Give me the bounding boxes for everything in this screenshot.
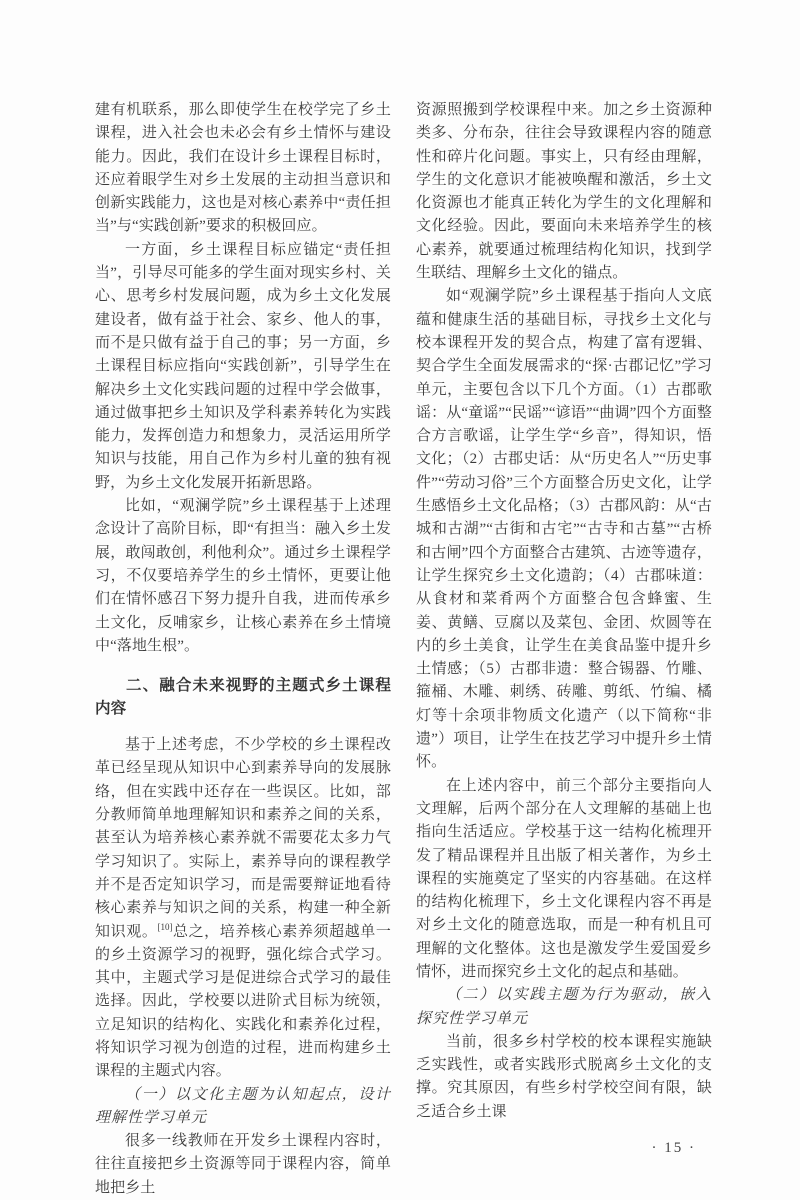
- document-page: 建有机联系，那么即使学生在校学完了乡土课程，进入社会也未必会有乡土情怀与建设能力…: [95, 99, 712, 1077]
- two-column-layout: 建有机联系，那么即使学生在校学完了乡土课程，进入社会也未必会有乡土情怀与建设能力…: [95, 99, 712, 1077]
- paragraph-text: 总之，培养核心素养须超越单一的乡土资源学习的视野，强化综合式学习。其中，主题式学…: [95, 924, 391, 1078]
- paragraph: 当前，很多乡村学校的校本课程实施缺乏实践性，或者实践形式脱离乡土文化的支撑。究其…: [416, 1031, 712, 1077]
- paragraph: 一方面，乡土课程目标应锚定“责任担当”，引导尽可能多的学生面对现实乡村、关心、思…: [95, 239, 391, 495]
- right-column: 资源照搬到学校课程中来。加之乡土资源种类多、分布杂，往往会导致课程内容的随意性和…: [416, 99, 712, 1077]
- paragraph: 资源照搬到学校课程中来。加之乡土资源种类多、分布杂，往往会导致课程内容的随意性和…: [416, 99, 712, 285]
- footnote-reference: [10]: [157, 922, 172, 932]
- section-heading: 二、融合未来视野的主题式乡土课程内容: [95, 674, 391, 720]
- paragraph: 基于上述考虑，不少学校的乡土课程改革已经呈现从知识中心到素养导向的发展脉络，但在…: [95, 734, 391, 1077]
- subsection-heading: （二）以实践主题为行为驱动，嵌入探究性学习单元: [416, 984, 712, 1031]
- paragraph: 如“观澜学院”乡土课程基于指向人文底蕴和健康生活的基础目标，寻找乡土文化与校本课…: [416, 285, 712, 774]
- left-column: 建有机联系，那么即使学生在校学完了乡土课程，进入社会也未必会有乡土情怀与建设能力…: [95, 99, 391, 1077]
- paragraph: 在上述内容中，前三个部分主要指向人文理解，后两个部分在人文理解的基础上也指向生活…: [416, 775, 712, 985]
- paragraph: 比如，“观澜学院”乡土课程基于上述理念设计了高阶目标，即“有担当：融入乡土发展，…: [95, 495, 391, 658]
- paragraph: 建有机联系，那么即使学生在校学完了乡土课程，进入社会也未必会有乡土情怀与建设能力…: [95, 99, 391, 239]
- paragraph-text: 基于上述考虑，不少学校的乡土课程改革已经呈现从知识中心到素养导向的发展脉络，但在…: [95, 737, 391, 939]
